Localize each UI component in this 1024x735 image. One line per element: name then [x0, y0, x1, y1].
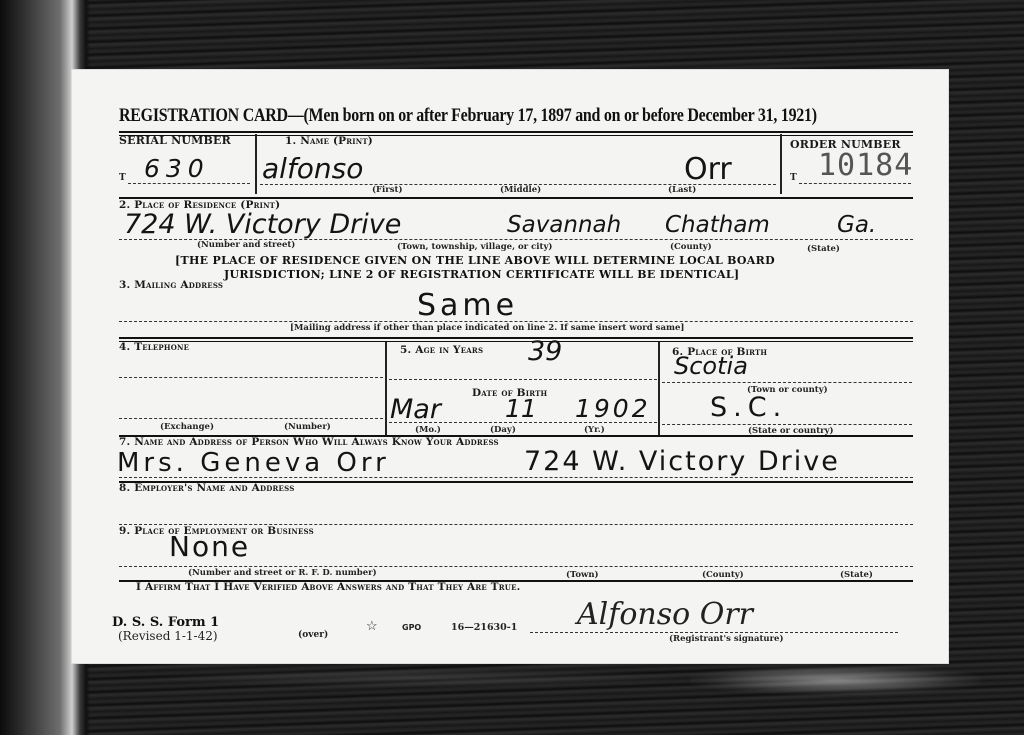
divider — [119, 337, 913, 339]
dob-year-value: 1902 — [575, 394, 651, 423]
age-label: 5. Age in Years — [400, 344, 483, 356]
sub-middle: (Middle) — [500, 185, 541, 195]
sub-town: (Town, township, village, or city) — [397, 242, 552, 252]
name-last-value: Orr — [684, 152, 732, 187]
sub-number: (Number) — [284, 422, 331, 432]
residence-state-value: Ga. — [837, 212, 876, 238]
residence-town-value: Savannah — [507, 212, 621, 238]
card-title: REGISTRATION CARD—(Men born on or after … — [119, 105, 817, 127]
telephone-exchange-line — [119, 377, 383, 378]
order-number-value: 10184 — [818, 148, 913, 183]
order-line — [799, 183, 911, 184]
sub-year: (Yr.) — [584, 425, 605, 435]
background-glare — [690, 665, 980, 695]
contact-label: 7. Name and Address of Person Who Will A… — [119, 436, 499, 448]
telephone-label: 4. Telephone — [119, 341, 189, 353]
divider — [385, 342, 387, 435]
star-icon: ☆ — [366, 619, 378, 634]
age-value: 39 — [528, 336, 562, 367]
sub-town: (Town) — [566, 570, 599, 580]
over-note: (over) — [298, 630, 328, 640]
age-line — [389, 379, 657, 380]
residence-county-value: Chatham — [665, 212, 770, 238]
gpo-mark: GPO — [402, 623, 421, 632]
telephone-number-line — [119, 418, 383, 419]
sub-state: (State) — [840, 570, 873, 580]
print-code: 16—21630-1 — [451, 622, 517, 633]
serial-line — [128, 183, 250, 184]
divider — [119, 135, 913, 136]
form-number: D. S. S. Form 1 — [112, 615, 219, 630]
sub-first: (First) — [372, 185, 403, 195]
birthplace-town-value: Scotia — [674, 352, 748, 380]
dob-month-value: Mar — [390, 394, 441, 425]
dob-line — [389, 422, 657, 423]
divider — [658, 342, 660, 435]
birthplace-state-value: S.C. — [710, 392, 787, 423]
sub-exchange: (Exchange) — [160, 422, 214, 432]
contact-name-value: Mrs. Geneva Orr — [117, 448, 390, 478]
name-first-value: alfonso — [262, 152, 363, 185]
mailing-address-value: Same — [417, 288, 518, 323]
divider — [119, 131, 913, 133]
sub-street-rfd: (Number and street or R. F. D. number) — [188, 568, 377, 578]
sub-county: (County) — [670, 242, 712, 252]
divider — [119, 341, 913, 342]
affirmation-text: I Affirm That I Have Verified Above Answ… — [136, 581, 521, 593]
birthplace-state-line — [662, 424, 912, 425]
jurisdiction-notice-line2: JURISDICTION; LINE 2 OF REGISTRATION CER… — [224, 268, 739, 281]
signature-line — [530, 632, 898, 633]
residence-street-value: 724 W. Victory Drive — [124, 209, 401, 240]
contact-address-value: 724 W. Victory Drive — [524, 446, 840, 477]
jurisdiction-notice-line1: [THE PLACE OF RESIDENCE GIVEN ON THE LIN… — [175, 254, 775, 267]
mailing-address-instructions: [Mailing address if other than place ind… — [290, 323, 684, 333]
signature-label: (Registrant's signature) — [669, 634, 783, 644]
employer-label: 8. Employer's Name and Address — [119, 482, 294, 494]
birthplace-town-line — [662, 382, 912, 383]
order-prefix: T — [790, 173, 797, 183]
serial-number-label: SERIAL NUMBER — [119, 134, 231, 147]
mailing-line — [119, 321, 913, 322]
serial-prefix: T — [119, 173, 126, 183]
employment-place-value: None — [169, 530, 250, 563]
serial-number-value: 630 — [144, 154, 210, 183]
contact-line — [119, 477, 913, 478]
employment-place-line — [119, 566, 913, 567]
form-revision: (Revised 1-1-42) — [118, 629, 218, 643]
registrant-signature: Alfonso Orr — [577, 597, 753, 632]
name-label: 1. Name (Print) — [285, 135, 373, 147]
sub-street: (Number and street) — [197, 240, 295, 250]
divider — [255, 134, 257, 194]
sub-state: (State) — [807, 244, 840, 254]
mailing-address-label: 3. Mailing Address — [119, 279, 223, 291]
sub-month: (Mo.) — [415, 425, 441, 435]
registration-card: REGISTRATION CARD—(Men born on or after … — [72, 70, 948, 663]
background-glare — [150, 668, 690, 688]
sub-day: (Day) — [490, 425, 516, 435]
divider — [780, 134, 782, 194]
dob-day-value: 11 — [505, 394, 537, 423]
sub-county: (County) — [702, 570, 744, 580]
sub-last: (Last) — [668, 185, 696, 195]
